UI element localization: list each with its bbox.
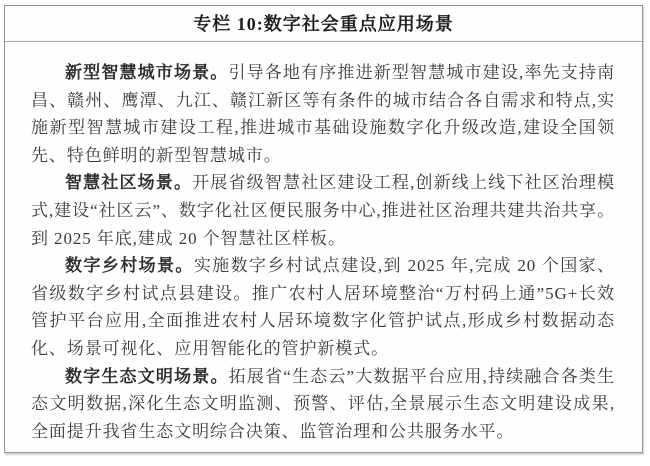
paragraph-smart-city: 新型智慧城市场景。引导各地有序推进新型智慧城市建设,率先支持南昌、赣州、鹰潭、九… xyxy=(31,59,615,169)
document-page: 专栏 10:数字社会重点应用场景 新型智慧城市场景。引导各地有序推进新型智慧城市… xyxy=(0,0,650,466)
paragraph-lead-digital-ecology: 数字生态文明场景。 xyxy=(65,367,229,386)
paragraph-digital-ecology: 数字生态文明场景。拓展省“生态云”大数据平台应用,持续融合各类生态文明数据,深化… xyxy=(31,363,615,446)
paragraph-lead-digital-village: 数字乡村场景。 xyxy=(65,256,194,275)
paragraph-lead-smart-city: 新型智慧城市场景。 xyxy=(65,63,228,82)
paragraph-digital-village: 数字乡村场景。实施数字乡村试点建设,到 2025 年,完成 20 个国家、省级数… xyxy=(31,252,615,362)
column-box: 专栏 10:数字社会重点应用场景 新型智慧城市场景。引导各地有序推进新型智慧城市… xyxy=(4,5,643,453)
column-title: 专栏 10:数字社会重点应用场景 xyxy=(5,6,642,42)
column-body: 新型智慧城市场景。引导各地有序推进新型智慧城市建设,率先支持南昌、赣州、鹰潭、九… xyxy=(5,42,642,445)
paragraph-lead-smart-community: 智慧社区场景。 xyxy=(65,173,192,192)
paragraph-smart-community: 智慧社区场景。开展省级智慧社区建设工程,创新线上线下社区治理模式,建设“社区云”… xyxy=(31,169,615,252)
